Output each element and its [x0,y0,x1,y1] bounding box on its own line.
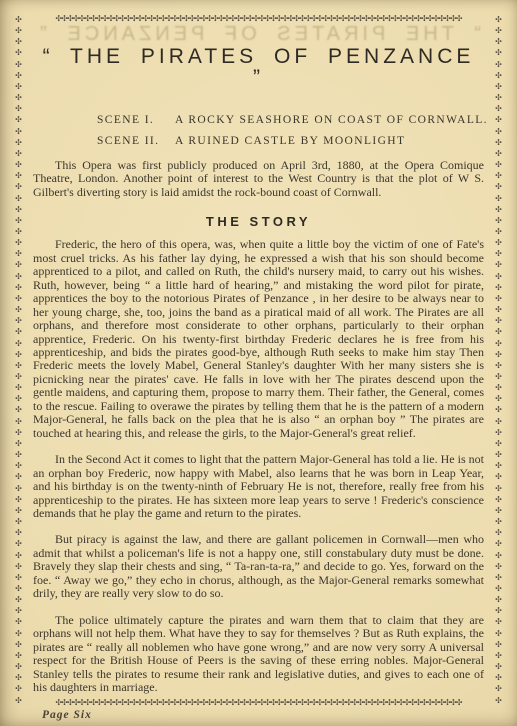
page-content: “ THE PIRATES OF PENZANCE ” SCENE I. A R… [33,46,484,707]
story-paragraph-4: The police ultimately capture the pirate… [33,614,484,695]
scene-1-label: SCENE I. [97,114,175,126]
scene-2-label: SCENE II. [97,135,175,147]
scene-list: SCENE I. A ROCKY SEASHORE ON COAST OF CO… [97,114,484,147]
story-paragraph-3: But piracy is against the law, and there… [33,533,484,600]
story-paragraph-2: In the Second Act it comes to light that… [33,453,484,520]
ornamental-border-right: ✣ ✣ ✣ ✣ ✣ ✣ ✣ ✣ ✣ ✣ ✣ ✣ ✣ ✣ ✣ ✣ ✣ ✣ ✣ ✣ … [493,14,504,704]
page-title: “ THE PIRATES OF PENZANCE ” [33,46,484,88]
ornamental-border-top: ✣✣✣✣✣✣✣✣✣✣✣✣✣✣✣✣✣✣✣✣✣✣✣✣✣✣✣✣✣✣✣✣✣✣✣✣✣✣✣✣… [13,14,504,24]
scene-1-line: SCENE I. A ROCKY SEASHORE ON COAST OF CO… [97,114,484,126]
scene-2-text: A RUINED CASTLE BY MOONLIGHT [175,135,405,147]
ornamental-border-left: ✣ ✣ ✣ ✣ ✣ ✣ ✣ ✣ ✣ ✣ ✣ ✣ ✣ ✣ ✣ ✣ ✣ ✣ ✣ ✣ … [13,14,24,704]
title-showthrough: “ THE PIRATES OF PENZANCE ” [0,23,517,46]
story-paragraph-1: Frederic, the hero of this opera, was, w… [33,238,484,440]
program-page: ✣✣✣✣✣✣✣✣✣✣✣✣✣✣✣✣✣✣✣✣✣✣✣✣✣✣✣✣✣✣✣✣✣✣✣✣✣✣✣✣… [0,0,517,726]
story-heading: THE STORY [33,214,484,229]
scene-2-line: SCENE II. A RUINED CASTLE BY MOONLIGHT [97,135,484,147]
intro-paragraph: This Opera was first publicly produced o… [33,159,484,199]
page-number: Page Six [42,709,92,721]
scene-1-text: A ROCKY SEASHORE ON COAST OF CORNWALL. [175,114,488,126]
